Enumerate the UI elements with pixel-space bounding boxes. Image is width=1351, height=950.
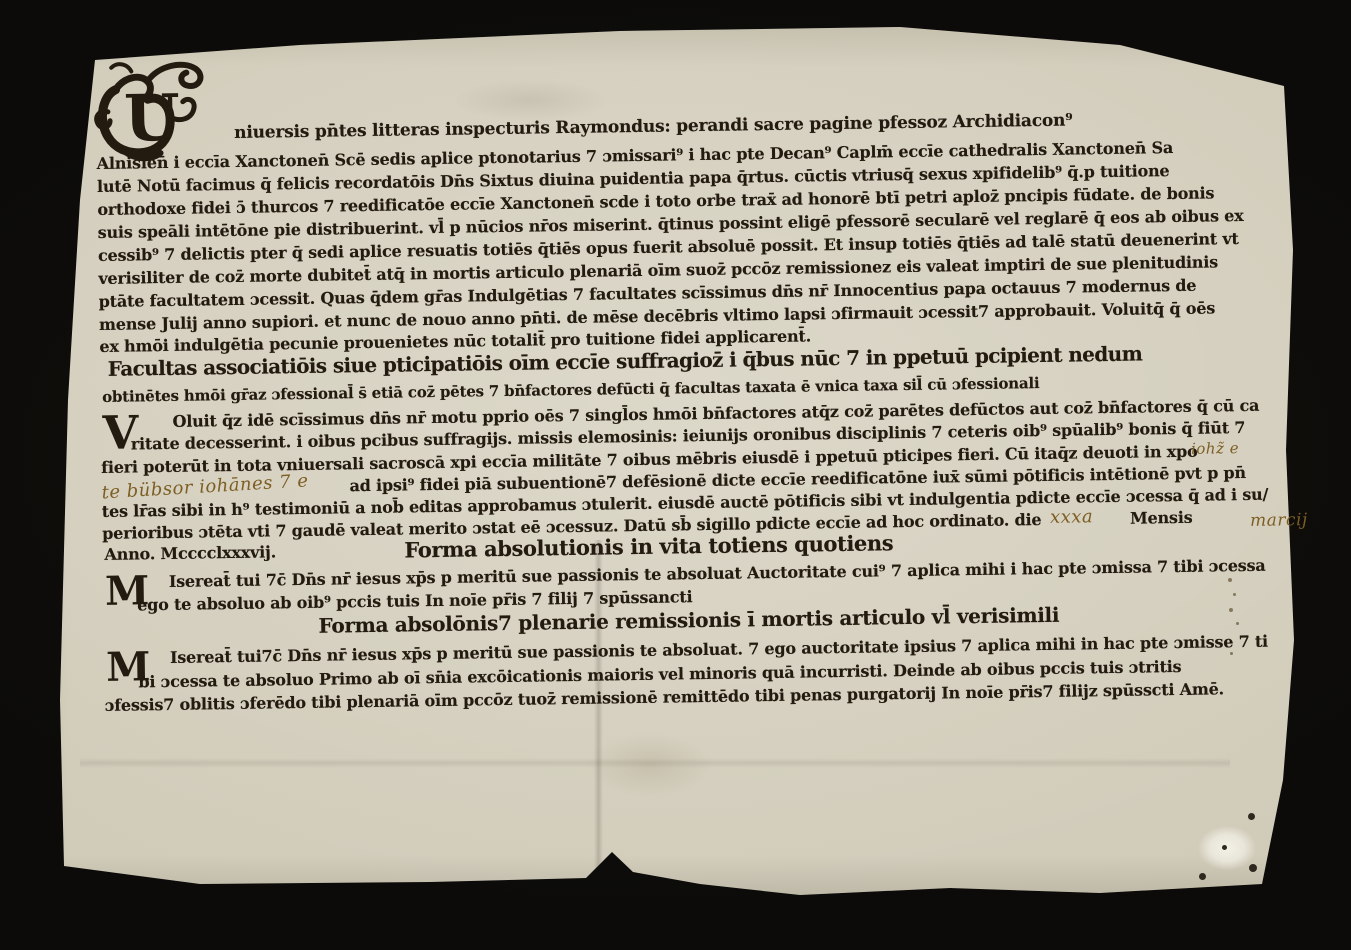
wormhole [1248,813,1255,820]
wormhole [1249,864,1257,872]
photo-background: U niuersis pn̄tes litteras inspecturis R… [0,0,1351,950]
handwritten-name-margin: iohz̃ e [1191,439,1239,458]
printed-text-block: U niuersis pn̄tes litteras inspecturis R… [96,101,1265,738]
heading-forma-vita: Forma absolutionis in vita totiens quoti… [404,531,893,561]
drop-cap-U: U [124,87,181,152]
horizontal-crease [80,758,1230,768]
text-line: Isereat̄ tui 7c̄ Dn̄s nr̄ iesus xp̄s p m… [169,557,1266,591]
text-line: niuersis pn̄tes litteras inspecturis Ray… [234,112,1073,143]
handwritten-day: xxxa [1050,506,1093,528]
wormhole [1222,845,1227,850]
handwritten-month: marcij [1250,510,1308,531]
wormhole [1199,873,1206,880]
anno-date: Anno. Mcccclxxxvij. [104,543,276,563]
mensis-label: Mensis [1130,509,1193,528]
